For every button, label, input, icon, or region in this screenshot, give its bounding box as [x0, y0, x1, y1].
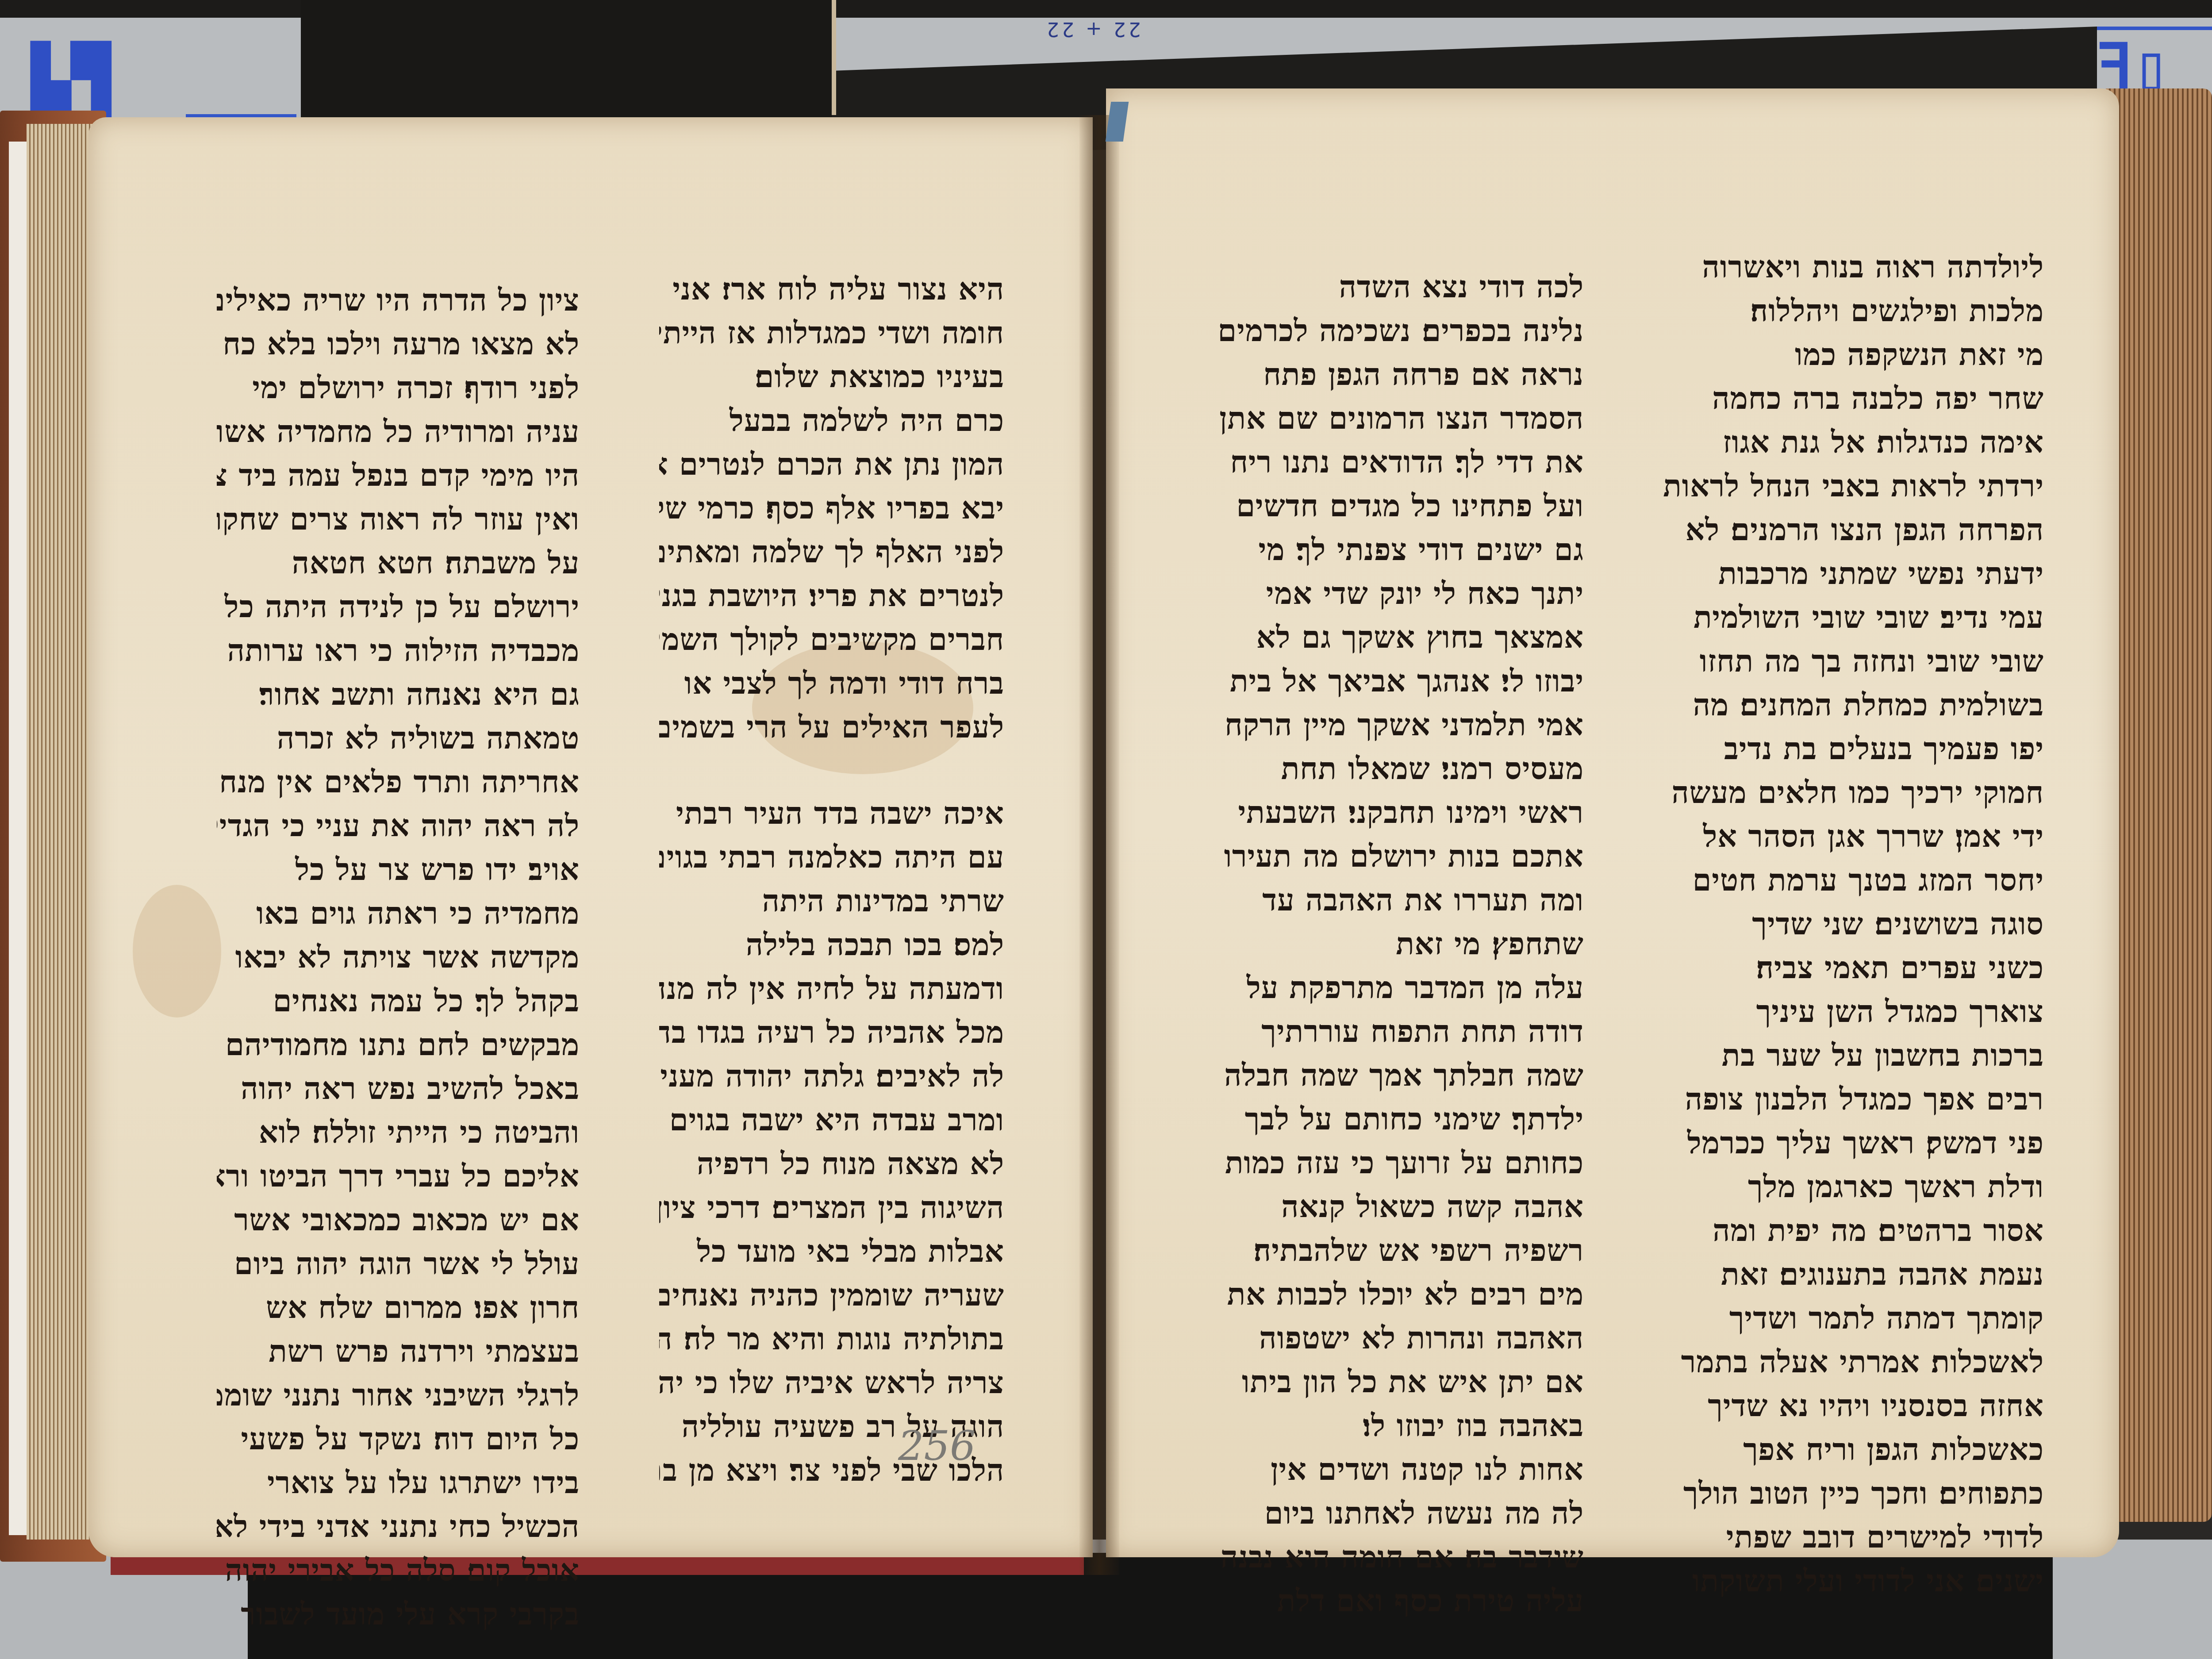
text-line: היא נצור עליה לוח ארז׃ אני [659, 268, 1004, 311]
text-line: אוכל קום׃ סלה כל אבירי יהוה [217, 1549, 580, 1593]
text-line: שחר יפה כלבנה ברה כחמה [1628, 377, 2044, 421]
text-line: לעפר האילים על הרי בשמים׃ [659, 706, 1004, 749]
text-line: אם יתן איש את כל הון ביתו [1194, 1360, 1584, 1404]
text-line: מלכות ופילגשים ויהללוה׃ [1628, 289, 2044, 333]
text-line: בקרבי קרא עלי מועד לשבור [217, 1593, 580, 1636]
text-line: בידו ישתרגו עלו על צוארי [217, 1461, 580, 1505]
text-line: יבא בפריו אלף כסף׃ כרמי שלי [659, 487, 1004, 530]
text-line: אם יש מכאוב כמכאובי אשר [217, 1198, 580, 1242]
text-line: כתפוחים׃ וחכך כיין הטוב הולך [1628, 1472, 2044, 1516]
text-line: לאשכלות׃ אמרתי אעלה בתמר [1628, 1340, 2044, 1384]
text-line: לה לאיבים׃ גלתה יהודה מעני [659, 1055, 1004, 1098]
text-line: מכל אהביה כל רעיה בגדו בה היו [659, 1011, 1004, 1055]
text-line: מבקשים לחם נתנו מחמודיהם [217, 1023, 580, 1067]
text-line: לנטרים את פריו׃ היושבת בגנים [659, 574, 1004, 618]
scanner-rule-line-right [2097, 27, 2212, 30]
dark-card [301, 0, 832, 119]
text-line: אויב׃ ידו פרש צר על כל [217, 848, 580, 892]
text-line: הסמדר הנצו הרמונים שם אתן [1194, 397, 1584, 441]
text-line: צוארך כמגדל השן עיניך [1628, 990, 2044, 1034]
text-line: עולל לי אשר הוגה יהוה ביום [217, 1242, 580, 1286]
text-line: את דדי לך׃ הדודאים נתנו ריח [1194, 441, 1584, 484]
text-line: אסור ברהטים׃ מה יפית ומה [1628, 1209, 2044, 1253]
text-line: ילדתך׃ שימני כחותם על לבך [1194, 1098, 1584, 1141]
text-line: אחריתה ותרד פלאים אין מנחם [217, 760, 580, 804]
text-line: עמי נדיב׃ שובי שובי השולמית [1628, 596, 2044, 640]
fore-edge-right [2106, 88, 2212, 1522]
text-line: עניה ומרודיה כל מחמדיה אשר [217, 410, 580, 454]
text-line: גם היא נאנחה ותשב אחור׃ [217, 673, 580, 717]
text-line: עליה טירת כסף ואם דלת [1194, 1579, 1584, 1623]
text-line: הכשיל כחי נתנני אדני בידי לא [217, 1505, 580, 1549]
text-line: שידבר בה׃ אם חומה היא נבנה [1194, 1536, 1584, 1579]
text-line: המון נתן את הכרם לנטרים איש [659, 443, 1004, 487]
text-line: מחמדיה כי ראתה גוים באו [217, 892, 580, 936]
text-line: שמה חבלתך אמך שמה חבלה [1194, 1054, 1584, 1098]
text-line: והביטה כי הייתי זוללה׃ לוא [217, 1111, 580, 1155]
text-line: האהבה ונהרות לא ישטפוה [1194, 1317, 1584, 1360]
text-line: כל היום דוה׃ נשקד על פשעי [217, 1417, 580, 1461]
text-line: בעצמתי וירדנה פרש רשת [217, 1330, 580, 1374]
text-line: אתכם בנות ירושלם מה תעירו [1194, 835, 1584, 879]
text-line: נראה אם פרחה הגפן פתח [1194, 353, 1584, 397]
text-line: גם ישנים דודי צפנתי לך׃ מי [1194, 528, 1584, 572]
text-line: טמאתה בשוליה לא זכרה [217, 717, 580, 760]
text-line: חמוקי ירכיך כמו חלאים מעשה [1628, 771, 2044, 815]
text-line: מקדשה אשר צויתה לא יבאו [217, 936, 580, 979]
left-page-column-right-bottom: איכה ישבה בדד העיר רבתי עם היתה כאלמנה ר… [659, 792, 1004, 1493]
text-line: שובי שובי ונחזה בך מה תחזו [1628, 640, 2044, 684]
right-page-column-left: לכה דודי נצא השדה נלינה בכפרים׃ נשכימה ל… [1194, 265, 1584, 1623]
gutter [1079, 115, 1119, 1575]
text-line: לפני רודף׃ זכרה ירושלם ימי [217, 366, 580, 410]
folio-number: 256 [898, 1422, 976, 1470]
text-line: מעסיס רמני׃ שמאלו תחת [1194, 747, 1584, 791]
text-line: ראשי וימינו תחבקני׃ השבעתי [1194, 791, 1584, 835]
text-line: ומה תעררו את האהבה עד [1194, 879, 1584, 922]
text-line: באכל להשיב נפש ראה יהוה [217, 1067, 580, 1111]
text-line: יפו פעמיך בנעלים בת נדיב [1628, 727, 2044, 771]
text-line: ומרב עבדה היא ישבה בגוים [659, 1098, 1004, 1142]
text-line: מכבדיה הזילוה כי ראו ערותה [217, 629, 580, 673]
text-line: ציון כל הדרה היו שריה כאילים [217, 279, 580, 323]
text-line: לדודי למישרים דובב שפתי [1628, 1516, 2044, 1559]
text-line: עלה מן המדבר מתרפקת על [1194, 966, 1584, 1010]
text-line: יחסר המזג בטנך ערמת חטים [1628, 859, 2044, 902]
text-line: ודלת ראשך כארגמן מלך [1628, 1165, 2044, 1209]
text-line: כרם היה לשלמה בבעל [659, 399, 1004, 443]
text-line: אימה כנדגלות׃ אל גנת אגוז [1628, 421, 2044, 465]
text-line: בתולתיה נוגות והיא מר לה׃ היו [659, 1317, 1004, 1361]
text-line: מי זאת הנשקפה כמו [1628, 333, 2044, 377]
text-line: הפרחה הגפן הנצו הרמנים׃ לא [1628, 508, 2044, 552]
card-edge [832, 0, 836, 115]
text-line: כחותם על זרועך כי עזה כמות [1194, 1141, 1584, 1185]
text-line: יתנך כאח לי יונק שדי אמי [1194, 572, 1584, 616]
text-line: ישנים׃ אני לדודי ועלי תשוקתו [1628, 1559, 2044, 1603]
text-line: חברים מקשיבים לקולך השמיעני׃ [659, 618, 1004, 662]
text-line: לא מצאה מנוח כל רדפיה [659, 1142, 1004, 1186]
text-line: בעיניו כמוצאת שלום׃ [659, 355, 1004, 399]
text-line: ירושלם על כן לנידה היתה כל [217, 585, 580, 629]
text-line: מים רבים לא יוכלו לכבות את [1194, 1273, 1584, 1317]
text-line: אחות לנו קטנה ושדים אין [1194, 1448, 1584, 1492]
text-line: לא מצאו מרעה וילכו בלא כח [217, 323, 580, 366]
right-page-column-right: ליולדתה ראוה בנות ויאשרוה מלכות ופילגשים… [1628, 246, 2044, 1603]
text-line: צריה לראש איביה שלו כי יהוה [659, 1361, 1004, 1405]
text-line: אמי תלמדני אשקך מיין הרקח [1194, 703, 1584, 747]
text-line: לרגלי השיבני אחור נתנני שוממה [217, 1374, 580, 1417]
left-page-column-left: ציון כל הדרה היו שריה כאילים לא מצאו מרע… [217, 279, 580, 1636]
text-line: עם היתה כאלמנה רבתי בגוים [659, 836, 1004, 879]
text-line: ליולדתה ראוה בנות ויאשרוה [1628, 246, 2044, 289]
left-page-column-right-top: היא נצור עליה לוח ארז׃ אני חומה ושדי כמג… [659, 268, 1004, 749]
text-line: בקהל לך׃ כל עמה נאנחים [217, 979, 580, 1023]
text-line: ידעתי נפשי שמתני מרכבות [1628, 552, 2044, 596]
text-line: פני דמשק׃ ראשך עליך ככרמל [1628, 1121, 2044, 1165]
text-line: לפני האלף לך שלמה ומאתים [659, 530, 1004, 574]
text-line: שעריה שוממין כהניה נאנחים [659, 1274, 1004, 1317]
scanner-logo-icon: ▙▜ [31, 42, 111, 119]
text-line: ועל פתחינו כל מגדים חדשים [1194, 484, 1584, 528]
text-line: אבלות מבלי באי מועד כל [659, 1230, 1004, 1274]
text-line: רבים אפך כמגדל הלבנון צופה [1628, 1078, 2044, 1121]
text-line: לה מה נעשה לאחתנו ביום [1194, 1492, 1584, 1536]
text-line: היו מימי קדם בנפל עמה ביד צר [217, 454, 580, 498]
text-line: נלינה בכפרים׃ נשכימה לכרמים [1194, 309, 1584, 353]
text-line: חרון אפו׃ ממרום שלח אש [217, 1286, 580, 1330]
ruler-mark: 22 + 22 [1044, 18, 1141, 40]
text-line: באהבה בוז יבוזו לו׃ [1194, 1404, 1584, 1448]
text-line: סוגה בשושנים׃ שני שדיך [1628, 902, 2044, 946]
text-line: לכה דודי נצא השדה [1194, 265, 1584, 309]
text-line: איכה ישבה בדד העיר רבתי [659, 792, 1004, 836]
text-line: רשפיה רשפי אש שלהבתיה׃ [1194, 1229, 1584, 1273]
text-line: ואין עוזר לה ראוה צרים שחקו [217, 498, 580, 541]
text-line: ודמעתה על לחיה אין לה מנחם [659, 967, 1004, 1011]
text-line: יבוזו לי׃ אנהגך אביאך אל בית [1194, 660, 1584, 703]
text-line: כשני עפרים תאמי צביה׃ [1628, 946, 2044, 990]
text-line: כאשכלות הגפן וריח אפך [1628, 1428, 2044, 1472]
text-line: חומה ושדי כמגדלות אז הייתי [659, 311, 1004, 355]
text-line: שרתי במדינות היתה [659, 879, 1004, 923]
text-line: על משבתה׃ חטא חטאה [217, 541, 580, 585]
text-line: השיגוה בין המצרים׃ דרכי ציון [659, 1186, 1004, 1230]
text-line: ברח דודי ודמה לך לצבי או [659, 662, 1004, 706]
text-line: לה ראה יהוה את עניי כי הגדיל [217, 804, 580, 848]
text-line: אחזה בסנסניו ויהיו נא שדיך [1628, 1384, 2044, 1428]
text-line: ירדתי לראות באבי הנחל לראות [1628, 465, 2044, 508]
text-line: נעמת אהבה בתענוגים׃ זאת [1628, 1253, 2044, 1297]
text-line: אמצאך בחוץ אשקך גם לא [1194, 616, 1584, 660]
stain [133, 885, 221, 1018]
text-line: למס׃ בכו תבכה בלילה [659, 923, 1004, 967]
text-line: דודה תחת התפוח עוררתיך [1194, 1010, 1584, 1054]
text-line: שתחפץ׃ מי זאת [1194, 922, 1584, 966]
text-line: בשולמית כמחלת המחנים׃ מה [1628, 684, 2044, 727]
text-line: קומתך דמתה לתמר ושדיך [1628, 1297, 2044, 1340]
text-line: ברכות בחשבון על שער בת [1628, 1034, 2044, 1078]
text-line: אהבה קשה כשאול קנאה [1194, 1185, 1584, 1229]
text-line: אליכם כל עברי דרך הביטו וראו [217, 1155, 580, 1198]
text-line: ידי אמן׃ שררך אגן הסהר אל [1628, 815, 2044, 859]
